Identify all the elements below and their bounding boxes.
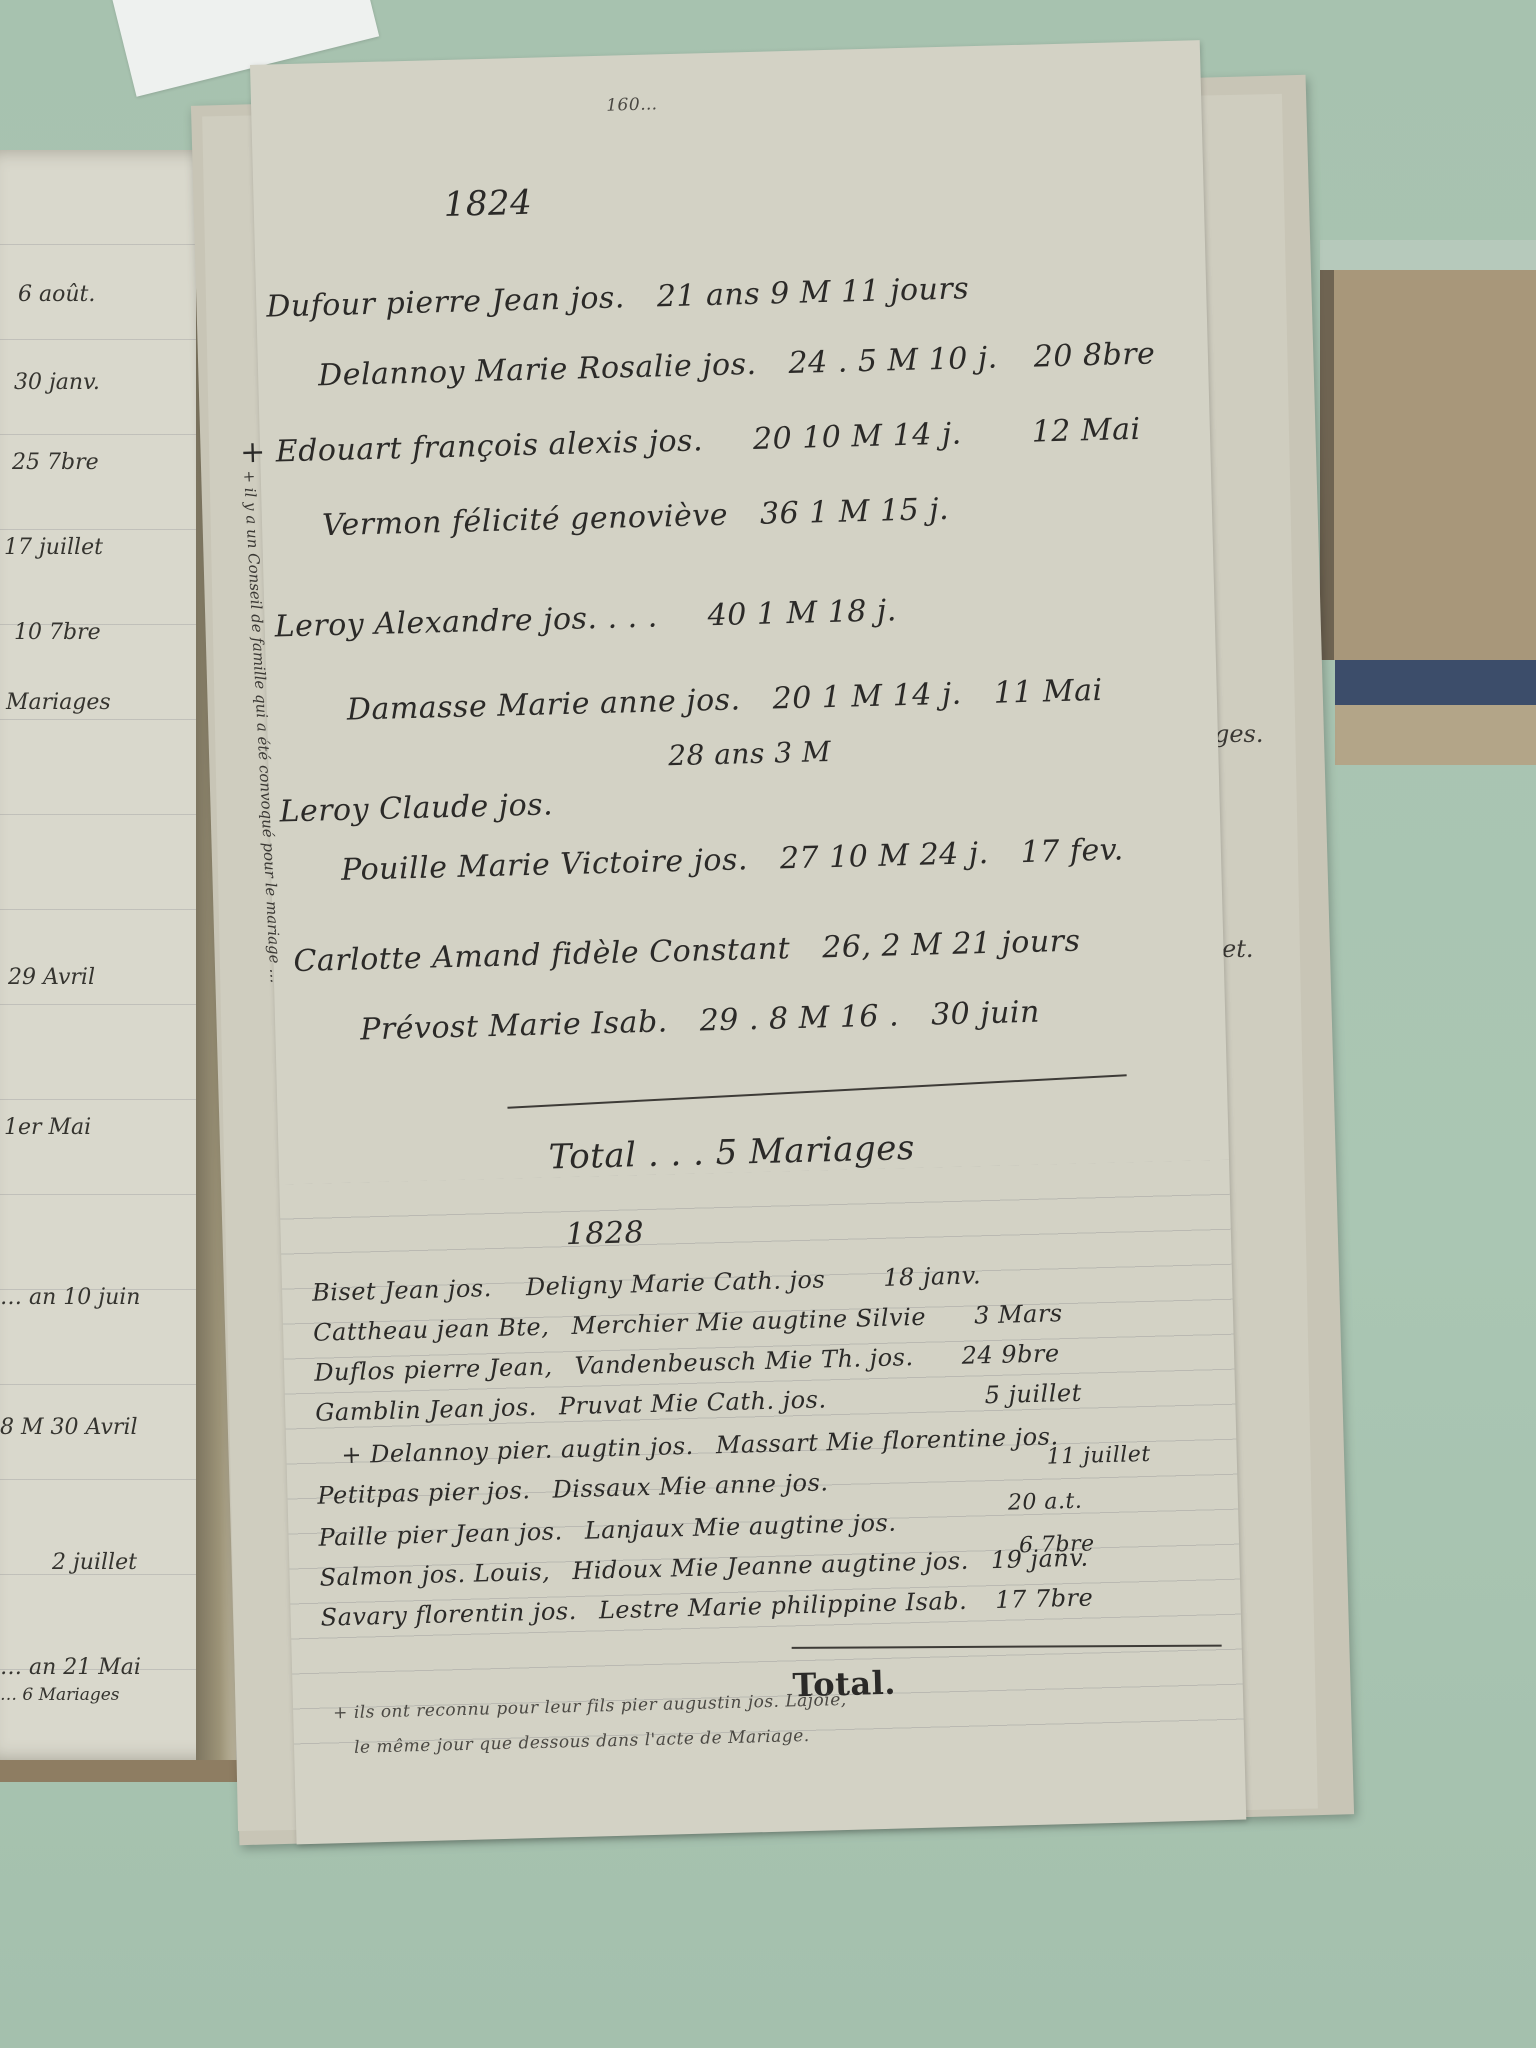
entry-1824: Vermon félicité genoviève 36 1 M 15 j. xyxy=(322,492,950,543)
entry-name: Prévost Marie Isab. xyxy=(360,1004,668,1047)
left-total: … 6 Mariages xyxy=(0,1685,120,1705)
left-date: 17 juillet xyxy=(4,535,103,560)
marriage-date: 3 Mars xyxy=(974,1299,1063,1329)
entry-1824: Dufour pierre Jean jos. 21 ans 9 M 11 jo… xyxy=(266,271,970,324)
groom-name: Biset Jean jos. xyxy=(312,1274,492,1307)
entry-1824: Delannoy Marie Rosalie jos. 24 . 5 M 10 … xyxy=(318,336,1156,393)
cardboard-backing xyxy=(1320,270,1536,660)
entry-name: Delannoy Marie Rosalie jos. xyxy=(318,347,757,393)
marriage-date: 20 a.t. xyxy=(1008,1489,1083,1516)
entry-1824: Damasse Marie anne jos. 20 1 M 14 j. 11 … xyxy=(346,673,1103,728)
entry-age: 40 1 M 18 j. xyxy=(707,593,897,633)
entry-age-above: 28 ans 3 M xyxy=(668,735,832,772)
groom-name: Gamblin Jean jos. xyxy=(315,1393,537,1427)
entry-1824: Prévost Marie Isab. 29 . 8 M 16 . 30 jui… xyxy=(360,995,1040,1048)
entry-1824: Leroy Claude jos. xyxy=(279,787,553,829)
marriage-date: 17 7bre xyxy=(995,1583,1094,1614)
entry-age: 20 10 M 14 j. xyxy=(753,417,963,457)
left-date: … an 10 juin xyxy=(0,1285,140,1310)
marriage-date: 11 juillet xyxy=(1046,1442,1151,1470)
entry-name: Damasse Marie anne jos. xyxy=(346,682,741,727)
entry-1824: Pouille Marie Victoire jos. 27 10 M 24 j… xyxy=(341,832,1124,887)
groom-name: Petitpas pier jos. xyxy=(317,1476,531,1510)
marriage-date: 24 9bre xyxy=(961,1339,1060,1370)
register-page: 160… 1824 Dufour pierre Jean jos. 21 ans… xyxy=(250,40,1246,1844)
marriage-date: 5 juillet xyxy=(984,1379,1082,1410)
entry-age: 29 . 8 M 16 . xyxy=(699,998,899,1038)
entry-name: Vermon félicité genoviève xyxy=(322,498,729,544)
entry-age: 21 ans 9 M 11 jours xyxy=(656,271,969,314)
entry-1824: Leroy Alexandre jos. . . . 40 1 M 18 j. xyxy=(274,593,897,644)
year-heading-1828: 1828 xyxy=(565,1215,644,1252)
marriage-date: 18 janv. xyxy=(883,1261,981,1292)
marriage-date: 19 janv. xyxy=(991,1544,1089,1575)
entry-name: Dufour pierre Jean jos. xyxy=(266,280,625,324)
entry-1824: + Edouart françois alexis jos. 20 10 M 1… xyxy=(240,412,1141,471)
entry-date: 17 fev. xyxy=(1020,832,1124,870)
section-divider xyxy=(507,1074,1126,1108)
entry-name: Pouille Marie Victoire jos. xyxy=(341,842,749,888)
left-date: 2 juillet xyxy=(52,1550,137,1575)
left-label: Mariages xyxy=(6,690,111,715)
left-date: 29 Avril xyxy=(8,965,95,990)
entry-date: 20 8bre xyxy=(1033,336,1155,374)
entry-name: + Edouart françois alexis jos. xyxy=(240,423,704,470)
page-fragment-number: 160… xyxy=(606,94,658,115)
year-heading-1824: 1824 xyxy=(443,183,533,225)
cardboard-flap xyxy=(1335,705,1536,765)
left-date: 25 7bre xyxy=(12,450,99,475)
left-date: 8 M 30 Avril xyxy=(0,1415,138,1440)
entry-name: Carlotte Amand fidèle Constant xyxy=(293,931,791,979)
entry-age: 20 1 M 14 j. xyxy=(772,677,962,717)
left-date: 30 janv. xyxy=(14,370,100,395)
entry-age: 36 1 M 15 j. xyxy=(760,492,950,532)
left-date: 1er Mai xyxy=(4,1115,91,1140)
entry-name: Leroy Alexandre jos. . . . xyxy=(274,600,658,645)
left-date: 6 août. xyxy=(18,282,95,307)
left-date: … an 21 Mai xyxy=(0,1655,141,1680)
entry-age: 27 10 M 24 j. xyxy=(779,836,989,876)
entry-age: 26, 2 M 21 jours xyxy=(822,924,1081,966)
entry-date: 12 Mai xyxy=(1031,412,1141,450)
entry-1824: Carlotte Amand fidèle Constant 26, 2 M 2… xyxy=(293,924,1081,980)
entry-age: 24 . 5 M 10 j. xyxy=(788,341,998,381)
left-date: 10 7bre xyxy=(14,620,101,645)
entry-date: 11 Mai xyxy=(993,673,1103,711)
entry-date: 30 juin xyxy=(931,995,1041,1033)
